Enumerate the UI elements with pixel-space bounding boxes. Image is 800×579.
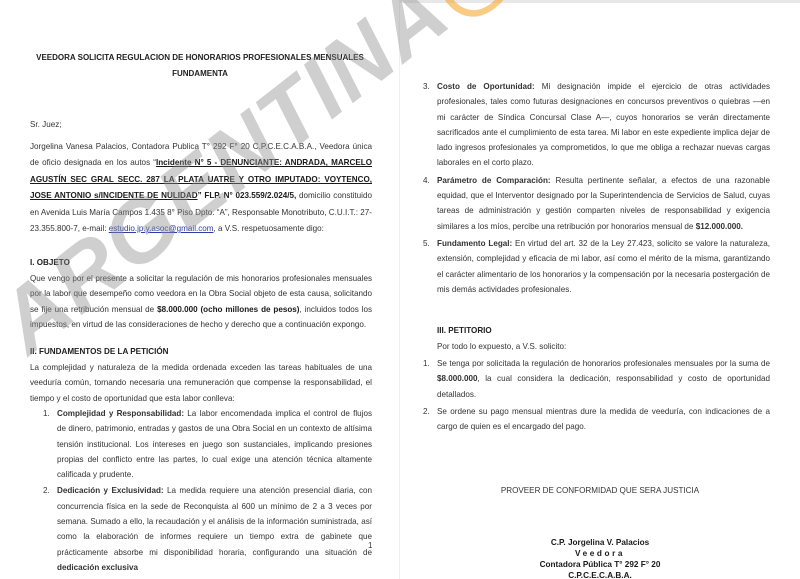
intro-paragraph: Jorgelina Vanesa Palacios, Contadora Pub… — [30, 139, 372, 237]
signature-name: C.P. Jorgelina V. Palacios — [400, 538, 800, 549]
document-title: VEEDORA SOLICITA REGULACION DE HONORARIO… — [0, 50, 400, 65]
fundamentos-intro: La complejidad y naturaleza de la medida… — [30, 360, 372, 406]
page-number: 1 — [368, 541, 372, 550]
case-number: ” FLP. N° 023.559/2.024/5, — [198, 191, 297, 200]
list-item: 4.Parámetro de Comparación: Resulta pert… — [437, 173, 770, 234]
closing-statement: PROVEER DE CONFORMIDAD QUE SERA JUSTICIA — [400, 483, 800, 498]
document-page-1: VEEDORA SOLICITA REGULACION DE HONORARIO… — [0, 0, 400, 579]
fundamentos-list: 1.Complejidad y Responsabilidad: La labo… — [57, 406, 372, 576]
signature-license: Contadora Pública T° 292 F° 20 — [400, 560, 800, 571]
list-item: 2.Se ordene su pago mensual mientras dur… — [437, 404, 770, 435]
section-heading-objeto: I. OBJETO — [30, 258, 70, 267]
list-item: 5.Fundamento Legal: En virtud del art. 3… — [437, 236, 770, 297]
section-heading-fundamentos: II. FUNDAMENTOS DE LA PETICIÓN — [30, 347, 169, 356]
requested-amount: $8.000.000 (ocho millones de pesos) — [157, 305, 299, 314]
list-item: 1.Complejidad y Responsabilidad: La labo… — [57, 406, 372, 482]
list-item: 2.Dedicación y Exclusividad: La medida r… — [57, 483, 372, 575]
email-link[interactable]: estudio.jp.y.asoc@gmail.com — [109, 224, 214, 233]
signature-role: Veedora — [400, 549, 800, 560]
section-heading-petitorio: III. PETITORIO — [437, 326, 492, 335]
list-item: 3.Costo de Oportunidad: Mi designación i… — [437, 79, 770, 171]
document-subtitle: FUNDAMENTA — [0, 66, 400, 81]
signature-council: C.P.C.E.C.A.B.A. — [400, 571, 800, 579]
salutation: Sr. Juez; — [30, 117, 62, 132]
petitorio-intro: Por todo lo expuesto, a V.S. solicito: — [437, 339, 566, 354]
document-page-2: 3.Costo de Oportunidad: Mi designación i… — [400, 0, 800, 579]
objeto-paragraph: Que vengo por el presente a solicitar la… — [30, 271, 372, 332]
page-top-edge — [400, 0, 800, 3]
petitorio-list: 1.Se tenga por solicitada la regulación … — [437, 356, 770, 435]
list-item: 1.Se tenga por solicitada la regulación … — [437, 356, 770, 402]
fundamentos-list-continued: 3.Costo de Oportunidad: Mi designación i… — [437, 79, 770, 298]
